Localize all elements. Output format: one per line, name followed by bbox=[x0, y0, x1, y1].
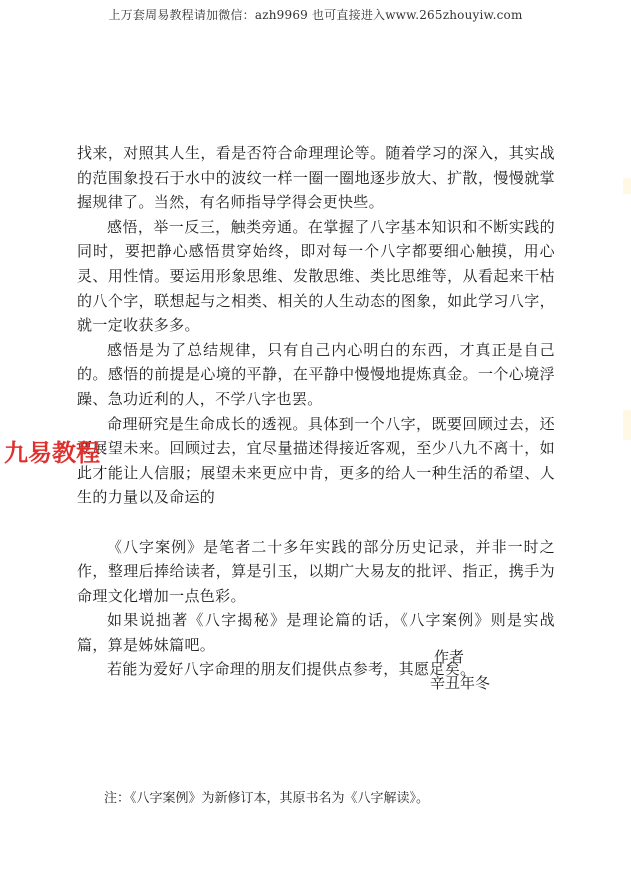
paragraph-2: 感悟，举一反三，触类旁通。在掌握了八字基本知识和不断实践的同时，要把静心感悟贯穿… bbox=[77, 215, 555, 338]
paragraph-1: 找来，对照其人生，看是否符合命理理论等。随着学习的深入，其实战的范围象投石于水中… bbox=[77, 141, 555, 215]
document-body: 找来，对照其人生，看是否符合命理理论等。随着学习的深入，其实战的范围象投石于水中… bbox=[77, 141, 555, 682]
watermark-logo: 九易教程 bbox=[4, 433, 100, 468]
paragraph-5: 《八字案例》是笔者二十多年实践的部分历史记录，并非一时之作，整理后捧给读者，算是… bbox=[77, 535, 555, 609]
signature-block: 作者 辛丑年冬 bbox=[430, 644, 490, 696]
signature-date: 辛丑年冬 bbox=[430, 670, 490, 696]
paragraph-4: 命理研究是生命成长的透视。具体到一个八字，既要回顾过去，还要展望未来。回顾过去，… bbox=[77, 412, 555, 510]
signature-author: 作者 bbox=[430, 644, 490, 670]
page-edge-tint bbox=[623, 410, 631, 440]
paragraph-3: 感悟是为了总结规律，只有自己内心明白的东西，才真正是自己的。感悟的前提是心境的平… bbox=[77, 338, 555, 412]
page-header-banner: 上万套周易教程请加微信：azh9969 也可直接进入www.265zhouyiw… bbox=[0, 6, 631, 23]
page-edge-tint bbox=[623, 178, 631, 194]
footnote: 注：《八字案例》为新修订本，其原书名为《八字解读》。 bbox=[104, 787, 429, 806]
